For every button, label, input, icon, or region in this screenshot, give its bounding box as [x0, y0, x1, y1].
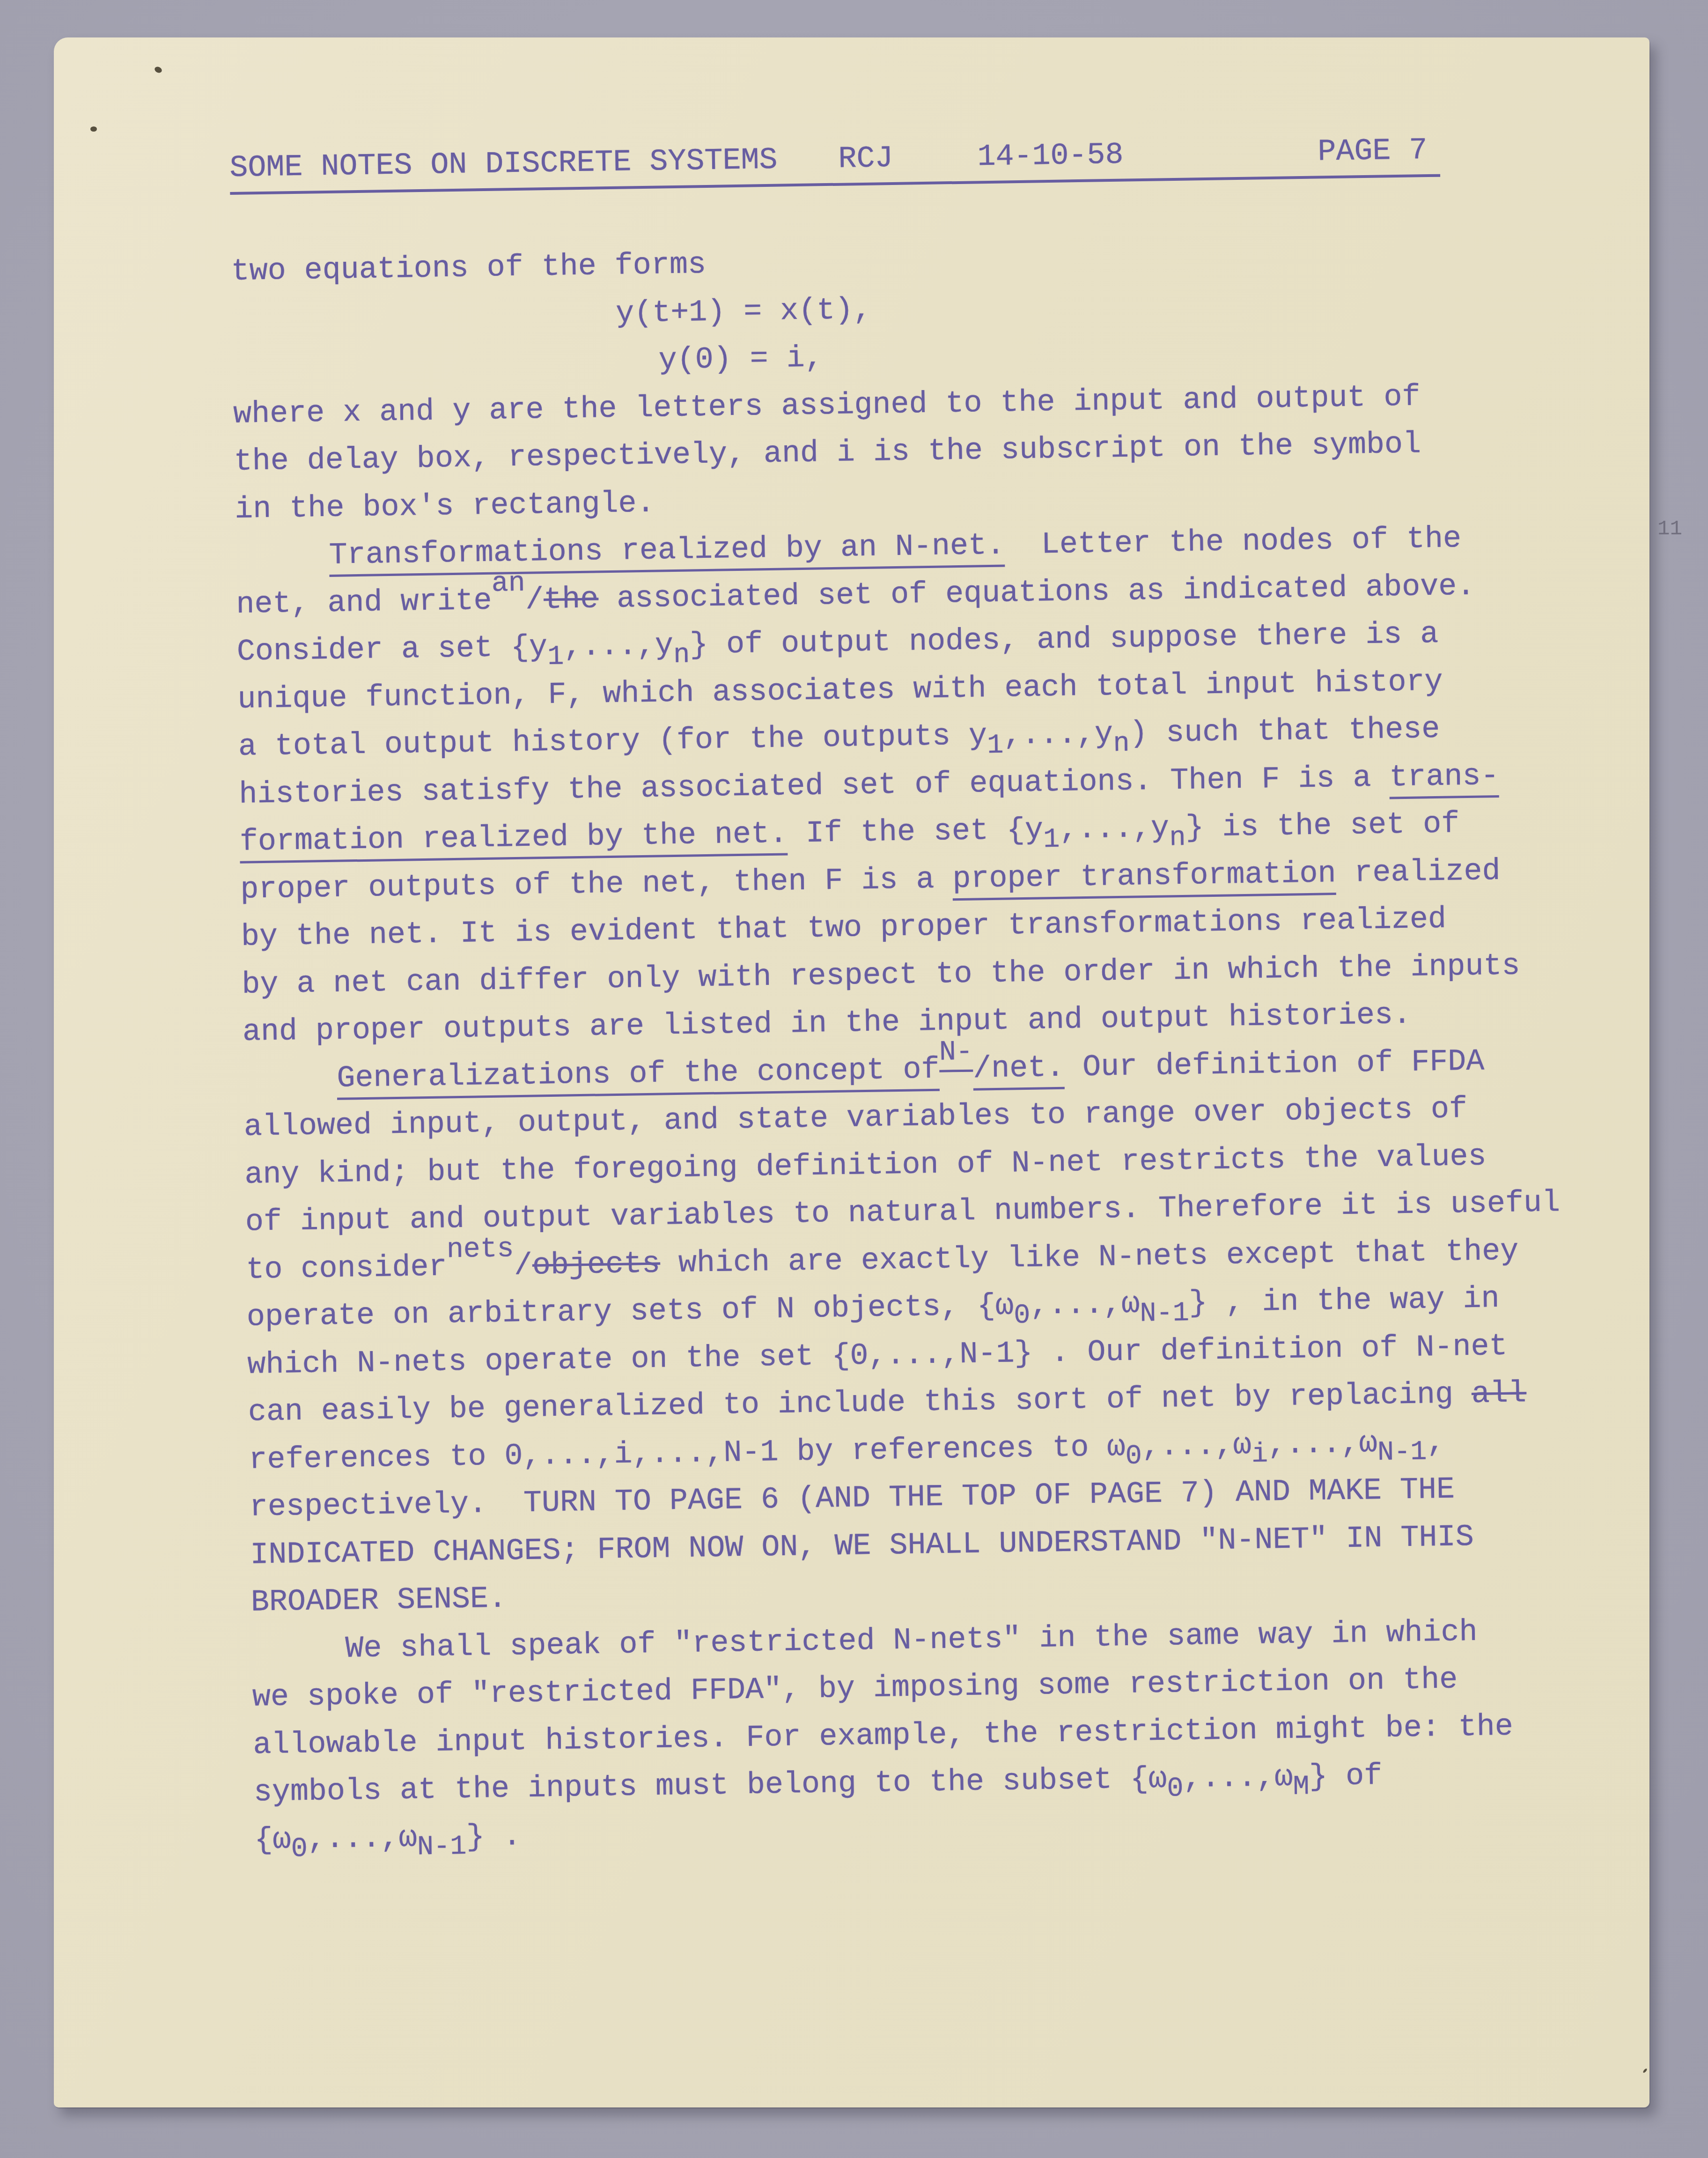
page-header: SOME NOTES ON DISCRETE SYSTEMS RCJ 14-10… [229, 133, 1440, 195]
text-segment: ,...,y [563, 628, 673, 664]
inserted-text: nets [446, 1233, 514, 1266]
subscript-text: 0 [1167, 1773, 1184, 1804]
document-title: SOME NOTES ON DISCRETE SYSTEMS [229, 143, 778, 185]
text-segment: ,...,ω [1030, 1286, 1140, 1323]
text-segment: Our definition of FFDA [1064, 1044, 1485, 1085]
text-segment: / [514, 1248, 532, 1283]
text-segment: symbols at the inputs must belong to the… [253, 1762, 1167, 1810]
body-text: two equations of the formsy(t+1) = x(t),… [231, 228, 1622, 1864]
text-segment: in the box's rectangle. [235, 486, 655, 526]
subscript-text: n [1113, 727, 1130, 759]
text-segment: If the set {y [787, 813, 1043, 851]
text-segment: } , in the way in [1189, 1281, 1500, 1321]
ink-speck [1642, 2068, 1648, 2074]
text-segment: net, and write [236, 583, 492, 621]
page-number: PAGE 7 [1318, 133, 1428, 169]
struck-text: all [1472, 1376, 1527, 1412]
date: 14-10-58 [977, 138, 1124, 175]
margin-pencil-mark: 11 [1657, 519, 1682, 539]
text-segment: to consider [246, 1249, 447, 1287]
subscript-text: 1 [1043, 824, 1060, 856]
text-segment: } of [1309, 1759, 1383, 1794]
text-segment: which are exactly like N-nets except tha… [660, 1234, 1518, 1281]
text-segment: a total output history (for the outputs … [238, 718, 987, 764]
text-segment: ,...,ω [1141, 1427, 1252, 1463]
inserted-text: N- [939, 1036, 973, 1072]
subscript-text: N-1 [417, 1831, 466, 1863]
text-segment: ) such that these [1129, 712, 1440, 751]
underlined-text: /net. [973, 1050, 1065, 1090]
text-segment: } . [466, 1819, 521, 1855]
subscript-text: i [1252, 1439, 1268, 1471]
text-segment: realized [1336, 853, 1501, 890]
subscript-text: 1 [547, 641, 564, 673]
inserted-text: an [491, 567, 525, 599]
struck-text: objects [532, 1246, 660, 1283]
text-segment: , [1427, 1425, 1445, 1460]
text-segment: {ω [254, 1822, 291, 1857]
text-segment: ,...,y [1060, 811, 1170, 847]
text-segment: ,...,y [1003, 717, 1113, 753]
subscript-text: N-1 [1377, 1436, 1427, 1469]
scanned-document: { "page": { "kind": "typewritten manuscr… [0, 0, 1708, 2158]
text-segment: Consider a set {y [236, 630, 547, 669]
text-segment: ,...,ω [307, 1820, 417, 1856]
underlined-text: Transformations realized by an N-net. [329, 528, 1005, 577]
text-segment: / [525, 583, 544, 618]
text-segment: } is the set of [1185, 806, 1460, 845]
underlined-text: formation realized by the net. [239, 816, 788, 863]
text-segment: y(0) = i, [658, 340, 823, 377]
ink-speck [154, 66, 163, 74]
text-segment: ,...,ω [1267, 1426, 1377, 1462]
author-initials: RCJ [838, 141, 893, 177]
text-segment: Letter the nodes of the [1004, 521, 1461, 562]
underlined-text: trans- [1389, 758, 1499, 798]
text-segment: proper outputs of the net, then F is a [240, 862, 953, 907]
subscript-text: n [1169, 822, 1186, 854]
subscript-text: 0 [1014, 1300, 1031, 1331]
text-segment: associated set of equations as indicated… [598, 569, 1475, 616]
struck-text: the [544, 582, 599, 617]
text-segment: y(t+1) = x(t), [616, 292, 872, 331]
subscript-text: 0 [1125, 1441, 1142, 1472]
text-segment: two equations of the forms [231, 247, 706, 289]
text-segment: } of output nodes, and suppose there is … [690, 617, 1439, 663]
underlined-text: proper transformation [952, 856, 1336, 901]
subscript-text: 1 [987, 729, 1004, 761]
subscript-text: N-1 [1140, 1297, 1189, 1330]
paper-sheet: SOME NOTES ON DISCRETE SYSTEMS RCJ 14-10… [54, 37, 1649, 2107]
typed-content: SOME NOTES ON DISCRETE SYSTEMS RCJ 14-10… [229, 131, 1597, 195]
underlined-text: Generalizations of the concept of [337, 1052, 940, 1100]
ink-speck [90, 126, 97, 132]
text-segment: operate on arbitrary sets of N objects, … [246, 1288, 1014, 1334]
text-segment: BROADER SENSE. [250, 1582, 507, 1620]
subscript-text: 0 [291, 1833, 308, 1865]
text-segment: ,...,ω [1183, 1760, 1293, 1796]
text-segment: references to 0,...,i,...,N-1 by referen… [249, 1429, 1126, 1477]
subscript-text: M [1293, 1771, 1310, 1803]
subscript-text: n [673, 639, 690, 671]
